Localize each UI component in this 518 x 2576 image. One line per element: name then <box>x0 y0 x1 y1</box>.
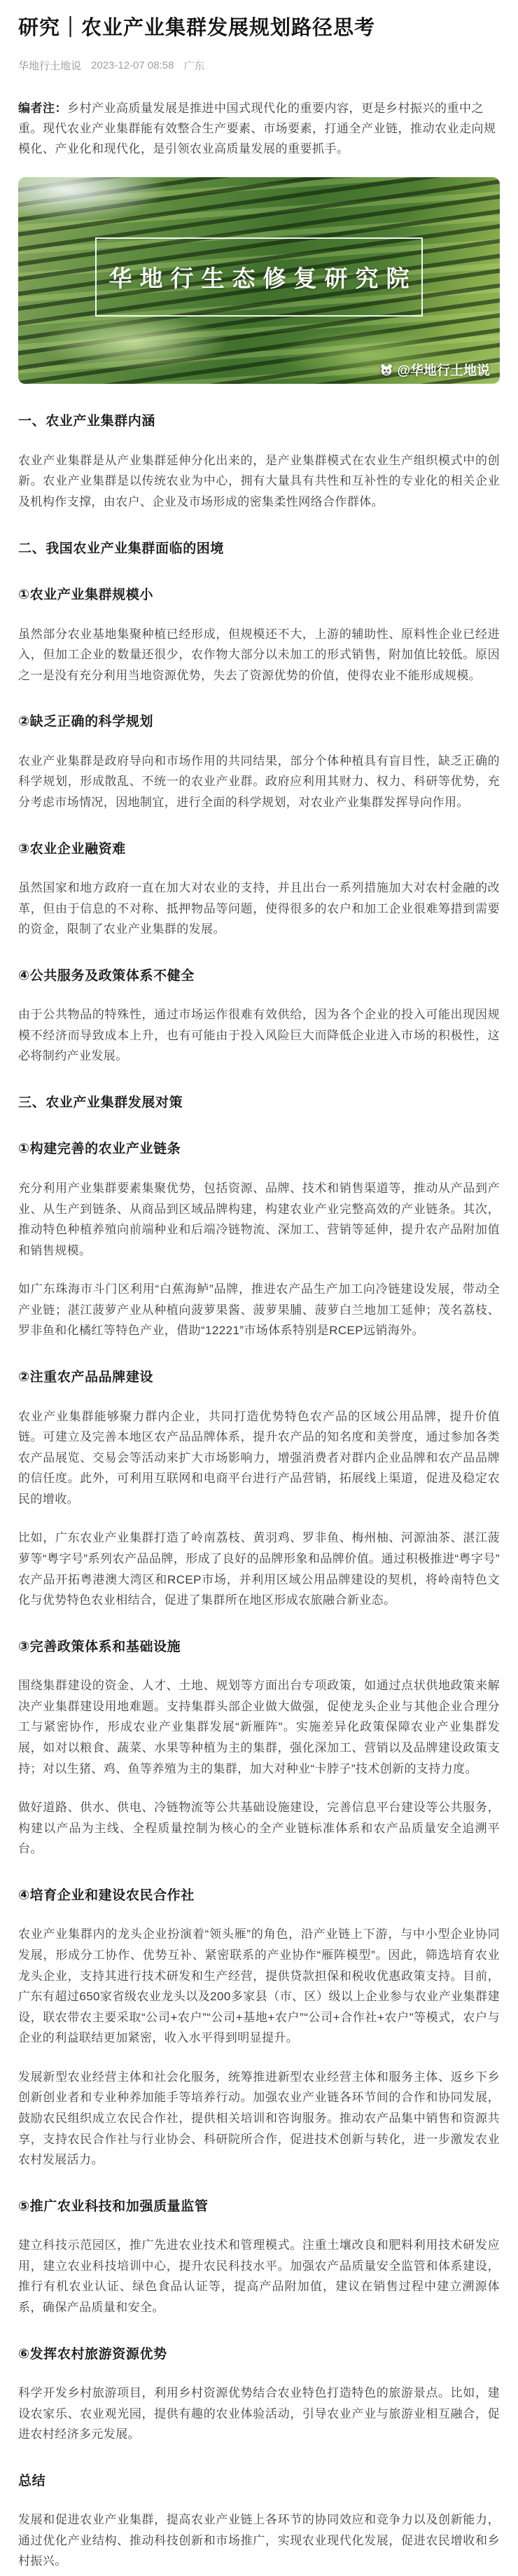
paragraph: 充分利用产业集群要素集聚优势，包括资源、品牌、技术和销售渠道等，推动从产品到产业… <box>18 1178 500 1261</box>
publish-location: 广东 <box>183 58 204 73</box>
sub-heading: ①构建完善的农业产业链条 <box>18 1140 500 1160</box>
sub-heading: 总结 <box>18 2472 500 2492</box>
article-page: 研究｜农业产业集群发展规划路径思考 华地行土地说 2023-12-07 08:5… <box>0 0 518 2576</box>
hero-image[interactable]: 华地行生态修复研究院 du @华地行土地说 <box>18 177 500 384</box>
sub-heading: ⑥发挥农村旅游资源优势 <box>18 2345 500 2365</box>
author-link[interactable]: 华地行土地说 <box>18 58 81 73</box>
paragraph: 建立科技示范园区，推广先进农业技术和管理模式。注重土壤改良和肥料利用技术研发应用… <box>18 2235 500 2318</box>
sub-heading: ③农业企业融资难 <box>18 840 500 860</box>
paragraph: 做好道路、供水、供电、冷链物流等公共基础设施建设，完善信息平台建设等公共服务，构… <box>18 1797 500 1860</box>
paragraph: 农业产业集群是政府导向和市场作用的共同结果，部分个体种植具有盲目性，缺乏正确的科… <box>18 751 500 813</box>
editor-note-label: 编者注： <box>18 102 67 115</box>
paragraph: 发展新型农业经营主体和社会化服务，统筹推进新型农业经营主体和服务主体、返乡下乡创… <box>18 2067 500 2170</box>
paragraph: 虽然部分农业基地集聚种植已经形成，但规模还不大，上游的辅助性、原料性企业已经进入… <box>18 624 500 686</box>
section-heading: 一、农业产业集群内涵 <box>18 412 500 432</box>
paragraph: 科学开发乡村旅游项目，利用乡村资源优势结合农业特色打造特色的旅游景点。比如，建设… <box>18 2383 500 2445</box>
byline: 华地行土地说 2023-12-07 08:58 广东 <box>18 58 500 73</box>
paragraph: 比如，广东农业产业集群打造了岭南荔枝、黄羽鸡、罗非鱼、梅州柚、河源油茶、湛江菠萝… <box>18 1528 500 1610</box>
sub-heading: ⑤推广农业科技和加强质量监管 <box>18 2197 500 2217</box>
sub-heading: ③完善政策体系和基础设施 <box>18 1637 500 1658</box>
paragraph: 发展和促进农业产业集群，提高农业产业链上各环节的协同效应和竞争力以及创新能力，通… <box>18 2509 500 2572</box>
watermark-text: @华地行土地说 <box>397 360 490 379</box>
sub-heading: ②缺乏正确的科学规划 <box>18 712 500 733</box>
svg-text:du: du <box>384 372 388 376</box>
hero-title-frame: 华地行生态修复研究院 <box>95 237 423 317</box>
publish-date: 2023-12-07 08:58 <box>91 60 174 71</box>
sub-heading: ④培育企业和建设农民合作社 <box>18 1886 500 1906</box>
paragraph: 如广东珠海市斗门区利用“白蕉海鲈”品牌，推进农产品生产加工向冷链建设发展，带动全… <box>18 1279 500 1341</box>
editor-note: 编者注：乡村产业高质量发展是推进中国式现代化的重要内容，更是乡村振兴的重中之重。… <box>18 98 500 160</box>
editor-note-text: 乡村产业高质量发展是推进中国式现代化的重要内容，更是乡村振兴的重中之重。现代农业… <box>18 102 496 155</box>
article-body: 一、农业产业集群内涵农业产业集群是从产业集群延伸分化出来的，是产业集群模式在农业… <box>18 412 500 2572</box>
paragraph: 农业产业集群能够聚力群内企业，共同打造优势特色农产品的区域公用品牌，提升价值链。… <box>18 1406 500 1510</box>
hero-overlay-text: 华地行生态修复研究院 <box>101 261 417 293</box>
hero-watermark: du @华地行土地说 <box>379 360 490 379</box>
sub-heading: ④公共服务及政策体系不健全 <box>18 967 500 987</box>
panda-logo-icon: du <box>379 363 393 377</box>
paragraph: 农业产业集群是从产业集群延伸分化出来的，是产业集群模式在农业生产组织模式中的创新… <box>18 450 500 513</box>
section-heading: 三、农业产业集群发展对策 <box>18 1093 500 1114</box>
sub-heading: ①农业产业集群规模小 <box>18 586 500 606</box>
paragraph: 虽然国家和地方政府一直在加大对农业的支持，并且出台一系列措施加大对农村金融的改革… <box>18 878 500 940</box>
page-title: 研究｜农业产业集群发展规划路径思考 <box>18 14 500 43</box>
paragraph: 围绕集群建设的资金、人才、土地、规划等方面出台专项政策，如通过点状供地政策来解决… <box>18 1675 500 1779</box>
sub-heading: ②注重农产品品牌建设 <box>18 1368 500 1388</box>
paragraph: 由于公共物品的特殊性，通过市场运作很难有效供给，因为各个企业的投入可能出现因规模… <box>18 1004 500 1067</box>
section-heading: 二、我国农业产业集群面临的困境 <box>18 539 500 560</box>
paragraph: 农业产业集群内的龙头企业扮演着“领头雁”的角色，沿产业链上下游，与中小型企业协同… <box>18 1924 500 2048</box>
